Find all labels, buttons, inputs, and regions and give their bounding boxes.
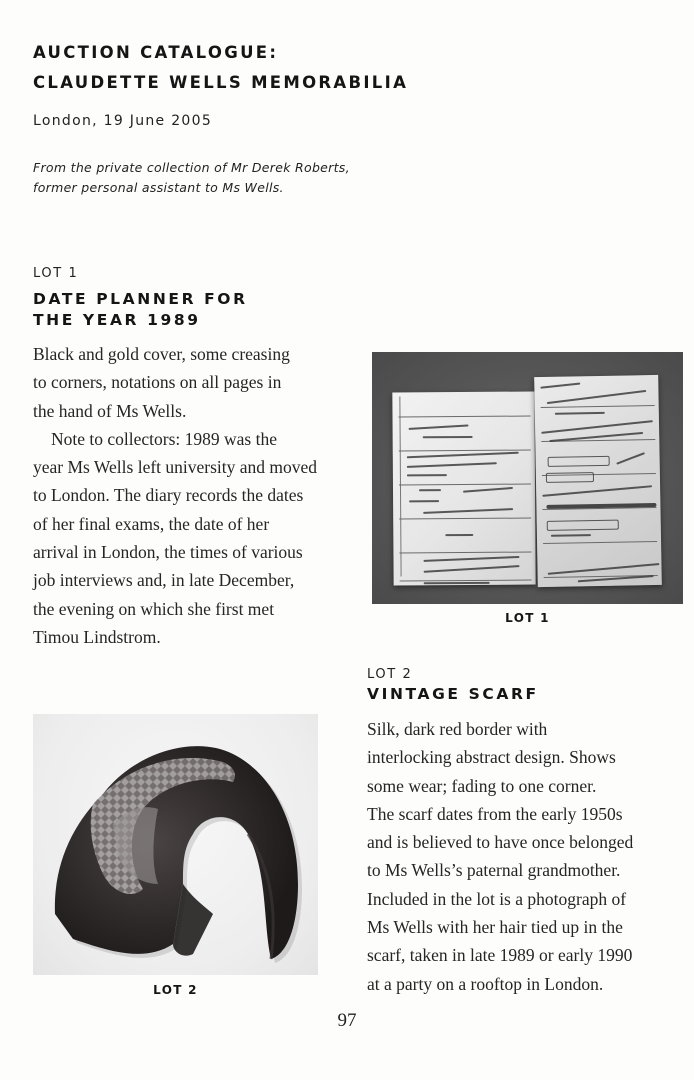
page-number: 97 [0,1010,694,1032]
lot-2-desc-line: to Ms Wells’s paternal grandmother. [367,856,687,884]
lot-2-desc-line: at a party on a rooftop in London. [367,970,687,998]
lot-2-photo-scarf [33,714,318,975]
lot-1-photo-caption: LOT 1 [372,611,683,625]
lot-1-number: LOT 1 [33,266,78,281]
lot-2-desc-line: The scarf dates from the early 1950s [367,800,687,828]
lot-2-desc-line: Included in the lot is a photograph of [367,885,687,913]
lot-2-number: LOT 2 [367,667,412,682]
lot-1-description: Black and gold cover, some creasing to c… [33,340,353,651]
lot-1-note-line: Timou Lindstrom. [33,623,353,651]
location-date: London, 19 June 2005 [33,113,212,129]
lot-2-title: VINTAGE SCARF [367,684,539,705]
lot-2-desc-line: some wear; fading to one corner. [367,772,687,800]
scarf-illustration [33,714,318,975]
lot-2-desc-line: and is believed to have once belonged [367,828,687,856]
lot-2-desc-line: scarf, taken in late 1989 or early 1990 [367,941,687,969]
diary-right-page [534,375,662,587]
lot-1-desc-line: the hand of Ms Wells. [33,397,353,425]
lot-1-note-line: of her final exams, the date of her [33,510,353,538]
lot-1-note-line: the evening on which she first met [33,595,353,623]
lot-1-photo-date-planner [372,352,683,604]
lot-2-photo-caption: LOT 2 [33,983,318,997]
lot-1-title: DATE PLANNER FOR THE YEAR 1989 [33,289,248,331]
lot-2-desc-line: Ms Wells with her hair tied up in the [367,913,687,941]
lot-1-note-line: arrival in London, the times of various [33,538,353,566]
lot-1-title-line-2: THE YEAR 1989 [33,310,248,331]
catalogue-title: AUCTION CATALOGUE: CLAUDETTE WELLS MEMOR… [33,38,408,98]
lot-1-note-line: to London. The diary records the dates [33,481,353,509]
lot-1-desc-line: to corners, notations on all pages in [33,368,353,396]
lot-1-title-line-1: DATE PLANNER FOR [33,289,248,310]
lot-1-note-line: Note to collectors: 1989 was the [33,425,353,453]
lot-1-note-line: year Ms Wells left university and moved [33,453,353,481]
provenance-line-2: former personal assistant to Ms Wells. [33,178,350,198]
lot-2-desc-line: interlocking abstract design. Shows [367,743,687,771]
provenance-line-1: From the private collection of Mr Derek … [33,158,350,178]
catalogue-title-line-1: AUCTION CATALOGUE: [33,38,408,68]
lot-2-description: Silk, dark red border with interlocking … [367,715,687,998]
lot-2-desc-line: Silk, dark red border with [367,715,687,743]
lot-1-desc-line: Black and gold cover, some creasing [33,340,353,368]
diary-left-page [392,392,535,586]
lot-1-note-line: job interviews and, in late December, [33,566,353,594]
catalogue-title-line-2: CLAUDETTE WELLS MEMORABILIA [33,68,408,98]
provenance-note: From the private collection of Mr Derek … [33,158,350,198]
